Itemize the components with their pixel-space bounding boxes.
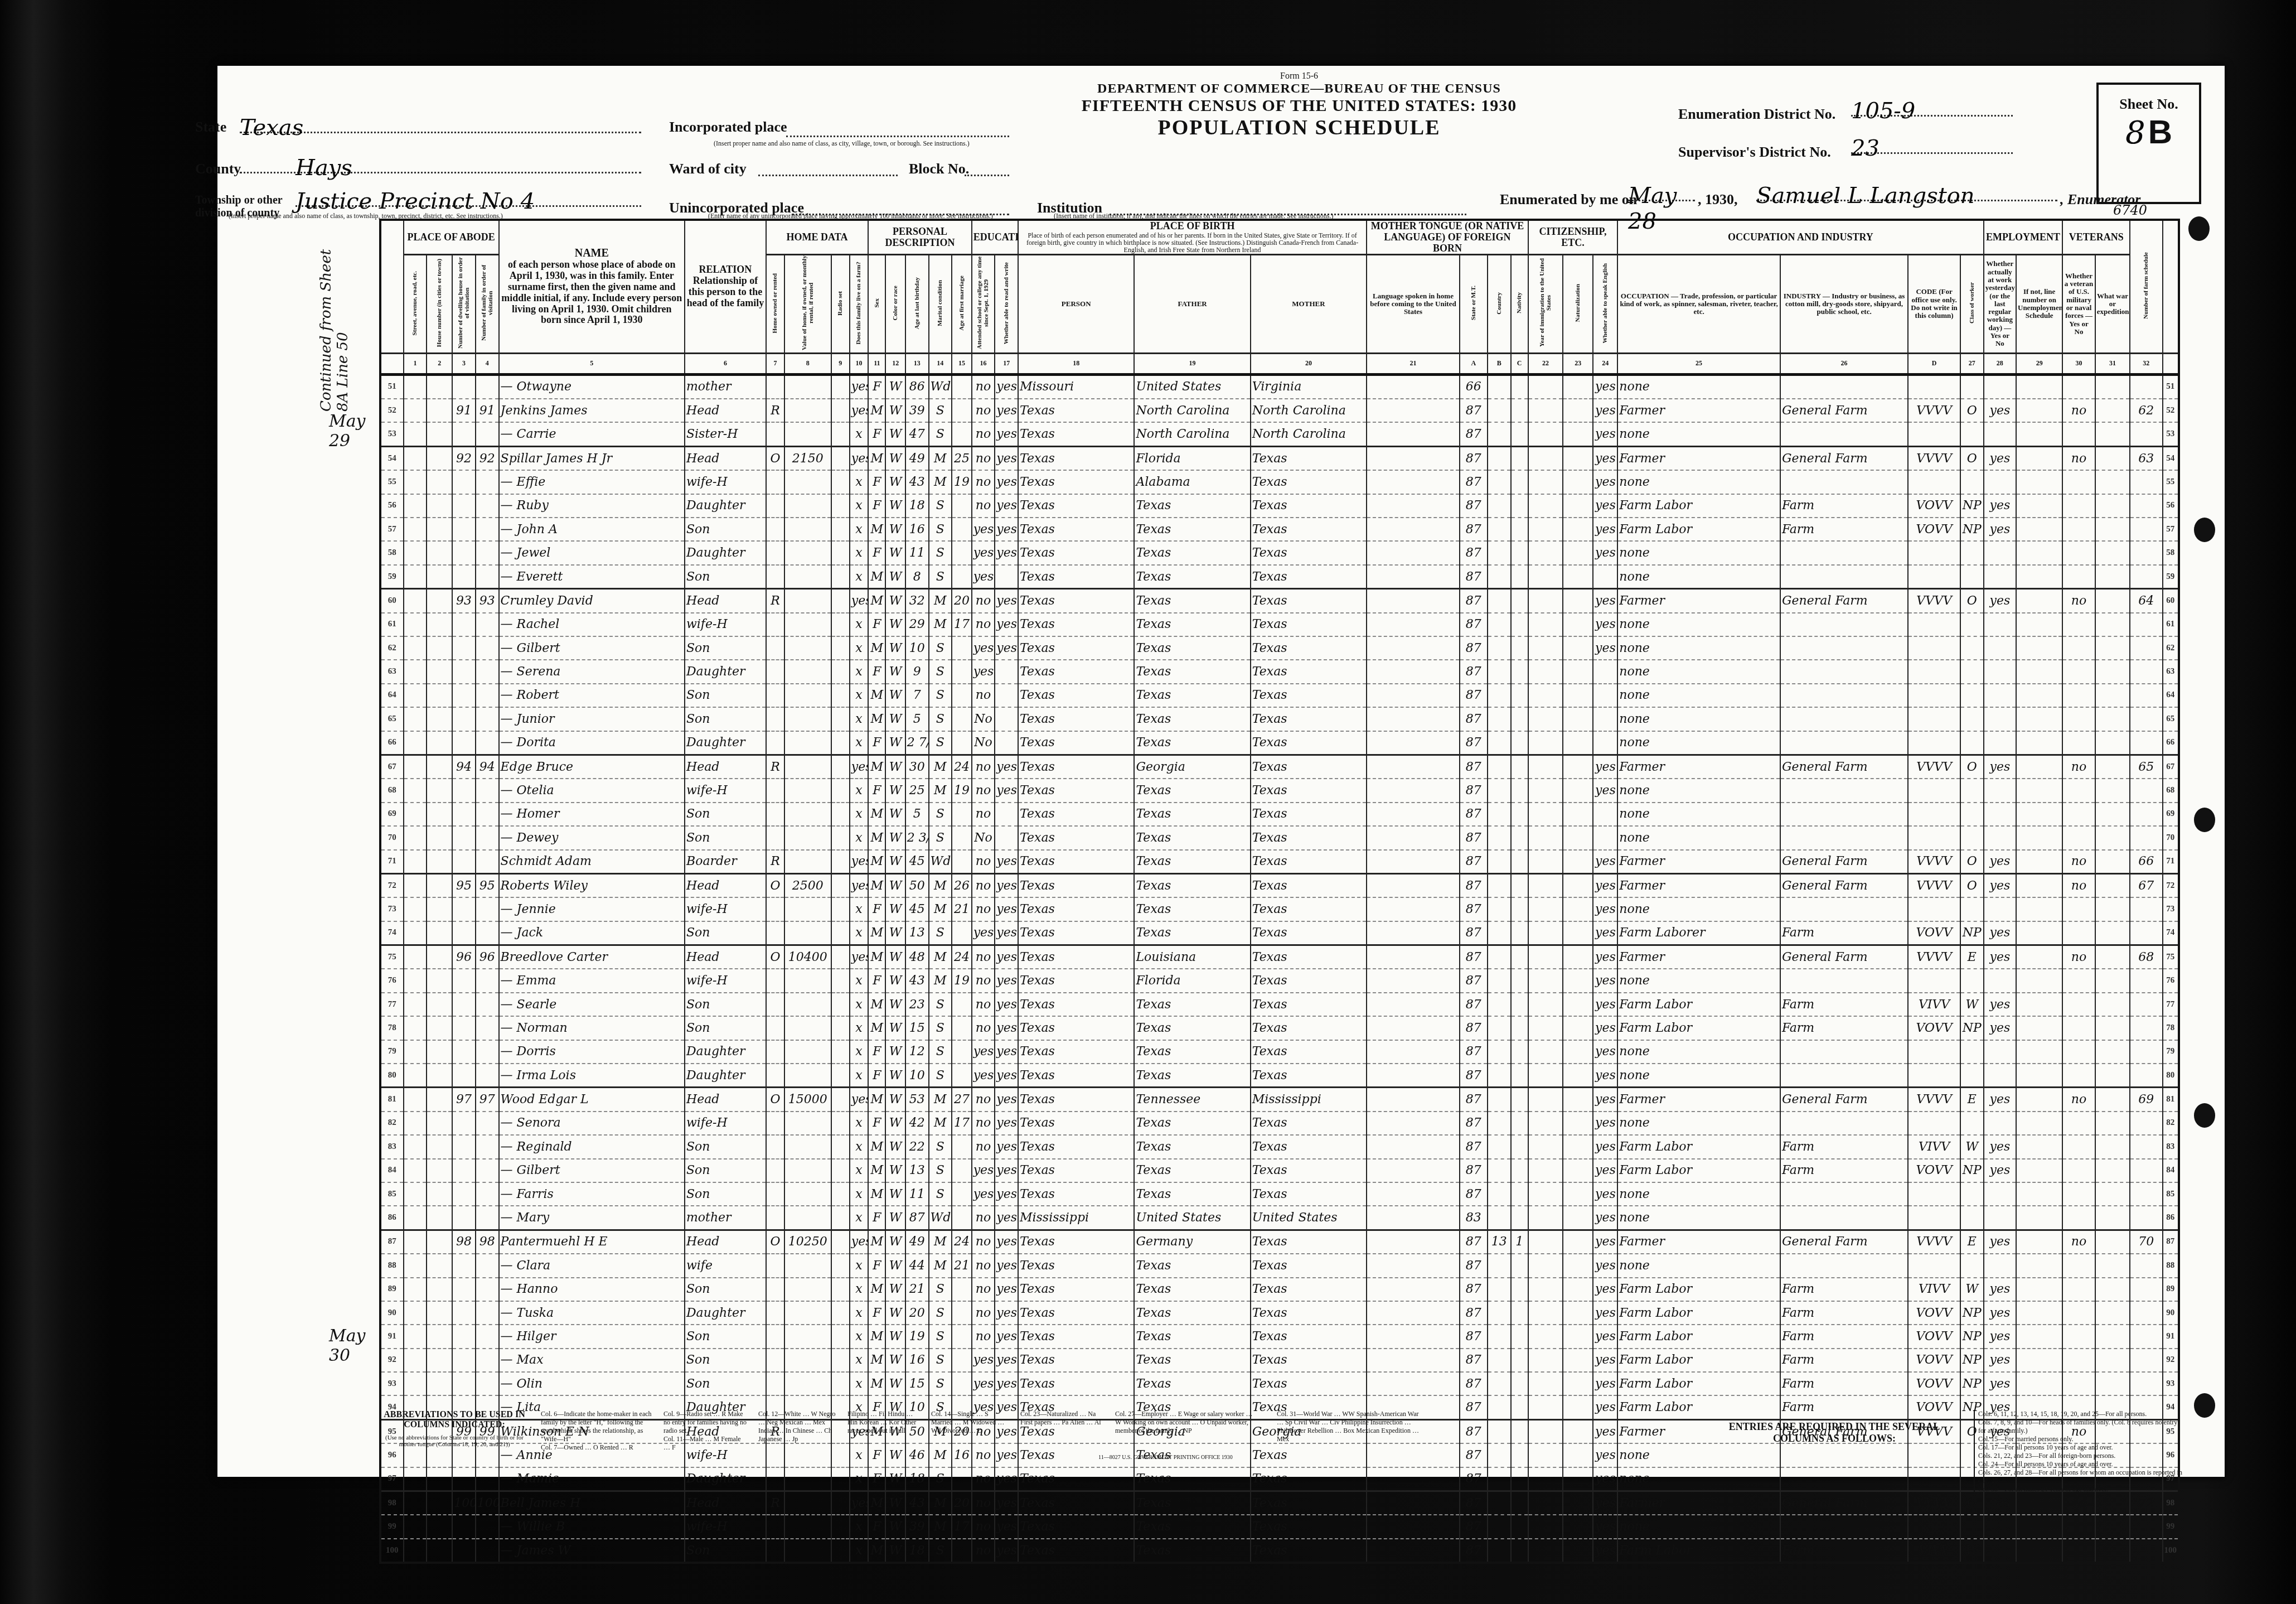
cell-unemp-line [2016, 731, 2062, 755]
farm-schedule-header-text: Number of farm schedule [2143, 252, 2149, 319]
cell-owned [766, 518, 784, 541]
cell-read: yes [995, 850, 1018, 874]
table-row: 100— James WSonxMW18SnoyesTexasTexasTexa… [380, 1539, 2179, 1563]
cell-line: 91 [2163, 1325, 2179, 1348]
table-row: 89— HannoSonxMW21SnoyesTexasTexasTexas87… [380, 1278, 2179, 1301]
cell-age-marriage: 20 [952, 589, 971, 613]
table-row: 82— Senorawife-HxFW42M17noyesTexasTexasT… [380, 1112, 2179, 1135]
cell-family [476, 1515, 499, 1538]
cell-family [476, 1064, 499, 1088]
cell-relation: Son [685, 1349, 766, 1372]
cell-house [427, 374, 452, 399]
cell-owned [766, 1135, 784, 1158]
cell-name: — Robert [499, 684, 685, 707]
cell-code-b [1488, 636, 1511, 660]
cell-radio [831, 1064, 850, 1088]
cell-school: no [972, 873, 995, 897]
cell-owned: R [766, 850, 784, 874]
cell-code-a: 87 [1460, 1159, 1488, 1182]
req-7: Cols. 26, 27, and 28—For all persons for… [1978, 1468, 2184, 1485]
cell-father: Texas [1134, 1467, 1250, 1491]
cell-farm: x [850, 1372, 868, 1395]
cell-street [404, 1112, 427, 1135]
cell-radio [831, 470, 850, 494]
cell-owned [766, 993, 784, 1016]
cell-value [784, 1467, 831, 1491]
cell-radio [831, 755, 850, 779]
cell-age-marriage [952, 565, 971, 589]
table-row: 819797Wood Edgar LHeadO15000yesMW53M27no… [380, 1088, 2179, 1112]
table-row: 76— Emmawife-HxFW43M19noyesTexasFloridaT… [380, 969, 2179, 992]
cell-birth: Texas [1018, 1325, 1134, 1348]
table-row: 529191Jenkins JamesHeadRyesMW39SnoyesTex… [380, 399, 2179, 422]
cell-marital: S [929, 1159, 952, 1182]
cell-marital: M [929, 755, 952, 779]
cell-farm-sched [2130, 707, 2162, 731]
cell-class: E [1960, 945, 1984, 969]
cell-war [2095, 921, 2130, 945]
cell-occupation: Farm Labor [1617, 494, 1780, 518]
cell-line: 73 [380, 897, 404, 921]
cell-owned [766, 1016, 784, 1040]
cell-language [1367, 399, 1460, 422]
cell-family [476, 374, 499, 399]
cell-family [476, 1278, 499, 1301]
cell-farm-sched [2130, 826, 2162, 849]
cell-code-c [1511, 1112, 1528, 1135]
col-street: Street, avenue, road, etc. [404, 255, 427, 353]
cell-code-a: 87 [1460, 1467, 1488, 1491]
cell-age: 15 [905, 1372, 929, 1395]
cell-unemp-line [2016, 1040, 2062, 1064]
cell-owned: R [766, 399, 784, 422]
cell-house [427, 1112, 452, 1135]
cell-age: 45 [905, 850, 929, 874]
cell-dwelling: 100 [452, 1491, 476, 1515]
cell-war [2095, 897, 2130, 921]
cell-dwelling [452, 731, 476, 755]
ward-field [758, 158, 898, 176]
cell-birth: Texas [1018, 731, 1134, 755]
enumerated-date-field: May 28 [1628, 183, 1695, 201]
cell-marital: S [929, 518, 952, 541]
cell-birth: Texas [1018, 636, 1134, 660]
cell-code-c [1511, 1135, 1528, 1158]
cell-industry: Farm [1780, 1135, 1908, 1158]
cell-naturalization [1563, 589, 1593, 613]
cell-code-c [1511, 541, 1528, 564]
cell-farm: yes [850, 374, 868, 399]
cell-family: 96 [476, 945, 499, 969]
group-citizenship: CITIZENSHIP, ETC. [1528, 220, 1617, 255]
cell-farm-sched [2130, 1135, 2162, 1158]
cell-mother: Texas [1251, 1515, 1367, 1538]
cell-industry: General Farm [1780, 1088, 1908, 1112]
cell-age-marriage: 17 [952, 613, 971, 636]
cell-language [1367, 374, 1460, 399]
cell-code-a: 87 [1460, 755, 1488, 779]
col-family: Number of family in order of visitation [476, 255, 499, 353]
cell-immigration [1528, 803, 1563, 826]
cell-marital: S [929, 826, 952, 849]
cell-farm: x [850, 565, 868, 589]
table-row: 63— SerenaDaughterxFW9SyesTexasTexasTexa… [380, 660, 2179, 683]
cell-name: — Clara [499, 1254, 685, 1277]
cell-immigration [1528, 589, 1563, 613]
cell-race: W [885, 660, 905, 683]
cell-value [784, 374, 831, 399]
cell-farm: yes [850, 755, 868, 779]
cell-relation: wife-H [685, 1112, 766, 1135]
cell-sex: F [868, 494, 885, 518]
cell-dwelling [452, 470, 476, 494]
cell-class [1960, 613, 1984, 636]
farm-schedule-header: Number of farm schedule [2130, 220, 2162, 353]
cell-house [427, 1088, 452, 1112]
cell-age-marriage: 21 [952, 1254, 971, 1277]
cell-mother: Texas [1251, 470, 1367, 494]
cell-value [784, 1372, 831, 1395]
cell-war [2095, 1040, 2130, 1064]
cell-war [2095, 707, 2130, 731]
cell-at-work: yes [1984, 1491, 2016, 1515]
cell-school: no [972, 422, 995, 446]
name-header-title: NAME [501, 247, 683, 259]
cell-veteran [2062, 636, 2095, 660]
county-value: Hays [296, 155, 352, 181]
col-farm-text: Does this family live on a farm? [855, 262, 862, 344]
cell-line: 90 [2163, 1301, 2179, 1325]
cell-naturalization [1563, 613, 1593, 636]
cell-english [1593, 707, 1617, 731]
col-school-text: Attended school or college any time sinc… [976, 255, 990, 350]
cell-occ-code: VOVV [1908, 518, 1960, 541]
cell-class [1960, 374, 1984, 399]
cell-street [404, 1278, 427, 1301]
cell-class: O [1960, 755, 1984, 779]
cell-age-marriage [952, 541, 971, 564]
cell-name: — Serena [499, 660, 685, 683]
cell-age: 25 [905, 779, 929, 802]
cell-at-work [1984, 541, 2016, 564]
cell-relation: Son [685, 1016, 766, 1040]
cell-owned [766, 422, 784, 446]
cell-war [2095, 1064, 2130, 1088]
cell-radio [831, 1515, 850, 1538]
cell-industry: General Farm [1780, 589, 1908, 613]
cell-name: Crumley David [499, 589, 685, 613]
cell-class: NP [1960, 1325, 1984, 1348]
column-number: 14 [929, 353, 952, 374]
cell-mother: Texas [1251, 1278, 1367, 1301]
cell-language [1367, 636, 1460, 660]
cell-street [404, 422, 427, 446]
cell-dwelling [452, 684, 476, 707]
cell-code-b: 13 [1488, 1230, 1511, 1254]
name-header-note: of each person whose place of abode on A… [501, 259, 683, 326]
cell-unemp-line [2016, 1325, 2062, 1348]
cell-dwelling [452, 660, 476, 683]
cell-naturalization [1563, 1206, 1593, 1230]
township-value: Justice Precinct No 4 [296, 189, 535, 214]
cell-farm: x [850, 921, 868, 945]
cell-family [476, 518, 499, 541]
cell-age: 42 [905, 1112, 929, 1135]
cell-code-b [1488, 589, 1511, 613]
cell-marital: M [929, 945, 952, 969]
cell-code-c [1511, 470, 1528, 494]
cell-occupation: Farm Labor [1617, 1016, 1780, 1040]
cell-occupation: Farm Labor [1617, 1159, 1780, 1182]
cell-line: 100 [2163, 1539, 2179, 1563]
cell-language [1367, 969, 1460, 992]
cell-family [476, 1349, 499, 1372]
cell-industry [1780, 1040, 1908, 1064]
cell-naturalization [1563, 1254, 1593, 1277]
cell-house [427, 731, 452, 755]
cell-class: O [1960, 399, 1984, 422]
cell-class [1960, 541, 1984, 564]
cell-sex: M [868, 1016, 885, 1040]
cell-age: 29 [905, 613, 929, 636]
cell-occupation: none [1617, 1206, 1780, 1230]
cell-war [2095, 1135, 2130, 1158]
cell-school: no [972, 850, 995, 874]
cell-house [427, 1135, 452, 1158]
table-row: 84— GilbertSonxMW13SyesyesTexasTexasTexa… [380, 1159, 2179, 1182]
cell-street [404, 613, 427, 636]
cell-read: yes [995, 636, 1018, 660]
cell-marital: S [929, 1301, 952, 1325]
cell-name: — Senora [499, 1112, 685, 1135]
cell-english [1593, 826, 1617, 849]
cell-dwelling [452, 897, 476, 921]
cell-marital: S [929, 1539, 952, 1563]
cell-school: no [972, 1278, 995, 1301]
cell-industry: Farm [1780, 1159, 1908, 1182]
cell-radio [831, 731, 850, 755]
cell-occupation: Farm Labor [1617, 1372, 1780, 1395]
cell-english [1593, 803, 1617, 826]
ward-label: Ward of city [669, 161, 747, 177]
cell-sex: M [868, 945, 885, 969]
cell-immigration [1528, 399, 1563, 422]
cell-birth: Texas [1018, 1372, 1134, 1395]
cell-marital: S [929, 1278, 952, 1301]
cell-birth: Texas [1018, 1040, 1134, 1064]
cell-radio [831, 636, 850, 660]
cell-family [476, 1254, 499, 1277]
cell-code-b [1488, 518, 1511, 541]
cell-dwelling [452, 518, 476, 541]
cell-value [784, 969, 831, 992]
cell-naturalization [1563, 945, 1593, 969]
cell-at-work: yes [1984, 1372, 2016, 1395]
cell-war [2095, 399, 2130, 422]
cell-race: W [885, 636, 905, 660]
cell-birth: Texas [1018, 518, 1134, 541]
column-number: 13 [905, 353, 929, 374]
cell-naturalization [1563, 1064, 1593, 1088]
cell-radio [831, 826, 850, 849]
cell-family [476, 1372, 499, 1395]
cell-house [427, 707, 452, 731]
cell-street [404, 589, 427, 613]
cell-war [2095, 755, 2130, 779]
cell-code-b [1488, 374, 1511, 399]
cell-age: 39 [905, 1515, 929, 1538]
cell-farm-sched: 67 [2130, 873, 2162, 897]
cell-line: 51 [380, 374, 404, 399]
cell-family: 97 [476, 1088, 499, 1112]
cell-unemp-line [2016, 1230, 2062, 1254]
cell-naturalization [1563, 1112, 1593, 1135]
cell-line: 81 [2163, 1088, 2179, 1112]
cell-owned: O [766, 1088, 784, 1112]
cell-language [1367, 945, 1460, 969]
cell-code-a: 87 [1460, 873, 1488, 897]
cell-class [1960, 1515, 1984, 1538]
cell-farm: x [850, 660, 868, 683]
cell-family [476, 613, 499, 636]
cell-unemp-line [2016, 1539, 2062, 1563]
cell-sex: M [868, 1230, 885, 1254]
form-title-block: Form 15-6 DEPARTMENT OF COMMERCE—BUREAU … [1048, 71, 1550, 140]
column-number: B [1488, 353, 1511, 374]
cell-war [2095, 731, 2130, 755]
cell-father: Texas [1134, 850, 1250, 874]
cell-farm-sched [2130, 1372, 2162, 1395]
cell-code-c [1511, 993, 1528, 1016]
cell-age: 10 [905, 636, 929, 660]
cell-immigration [1528, 446, 1563, 470]
cell-unemp-line [2016, 945, 2062, 969]
cell-farm-sched: 66 [2130, 850, 2162, 874]
cell-read: yes [995, 1372, 1018, 1395]
cell-school: no [972, 803, 995, 826]
cell-owned [766, 1206, 784, 1230]
cell-relation: Son [685, 684, 766, 707]
cell-code-a: 87 [1460, 684, 1488, 707]
cell-unemp-line [2016, 873, 2062, 897]
cell-house [427, 1491, 452, 1515]
cell-naturalization [1563, 1539, 1593, 1563]
cell-house [427, 850, 452, 874]
cell-war [2095, 565, 2130, 589]
cell-war [2095, 636, 2130, 660]
cell-name: — John A [499, 518, 685, 541]
cell-school: yes [972, 1040, 995, 1064]
cell-race: W [885, 1206, 905, 1230]
cell-veteran: no [2062, 873, 2095, 897]
cell-age-marriage [952, 1016, 971, 1040]
cell-marital: S [929, 422, 952, 446]
cell-age-marriage [952, 494, 971, 518]
cell-mother: Texas [1251, 1182, 1367, 1206]
cell-veteran: no [2062, 589, 2095, 613]
cell-mother: Texas [1251, 660, 1367, 683]
cell-family: 94 [476, 755, 499, 779]
cell-farm: x [850, 636, 868, 660]
cell-code-b [1488, 446, 1511, 470]
cell-relation: Son [685, 1159, 766, 1182]
cell-at-work: yes [1984, 1325, 2016, 1348]
col-farm: Does this family live on a farm? [850, 255, 868, 353]
cell-race: W [885, 565, 905, 589]
cell-street [404, 1135, 427, 1158]
cell-age-marriage: 25 [952, 446, 971, 470]
cell-mother: Texas [1251, 731, 1367, 755]
cell-street [404, 1016, 427, 1040]
cell-line: 89 [380, 1278, 404, 1301]
cell-occupation: none [1617, 826, 1780, 849]
cell-sex: M [868, 707, 885, 731]
cell-immigration [1528, 826, 1563, 849]
cell-relation: wife-H [685, 1515, 766, 1538]
cell-father: Texas [1134, 541, 1250, 564]
cell-class [1960, 660, 1984, 683]
cell-code-b [1488, 1016, 1511, 1040]
cell-industry [1780, 1206, 1908, 1230]
cell-naturalization [1563, 1040, 1593, 1064]
cell-farm-sched [2130, 803, 2162, 826]
cell-language [1367, 1016, 1460, 1040]
cell-father: Tennessee [1134, 1088, 1250, 1112]
may29-note: May 29 [329, 412, 379, 451]
cell-language [1367, 446, 1460, 470]
cell-naturalization [1563, 636, 1593, 660]
cell-code-a: 87 [1460, 1325, 1488, 1348]
relation-header: RELATIONRelationship of this person to t… [685, 220, 766, 353]
cell-occupation: none [1617, 731, 1780, 755]
table-row: 609393Crumley DavidHeadRyesMW32M20noyesT… [380, 589, 2179, 613]
cell-sex: F [868, 1254, 885, 1277]
cell-occ-code: VOVV [1908, 1301, 1960, 1325]
cell-street [404, 803, 427, 826]
cell-veteran [2062, 1112, 2095, 1135]
cell-radio [831, 850, 850, 874]
cell-occ-code [1908, 779, 1960, 802]
cell-naturalization [1563, 897, 1593, 921]
cell-line: 70 [380, 826, 404, 849]
cell-occupation: none [1617, 779, 1780, 802]
cell-occ-code [1908, 897, 1960, 921]
abbr-col11-text: Col. 11—Male … M Female … F [663, 1435, 747, 1452]
cell-street [404, 1349, 427, 1372]
cell-class: O [1960, 873, 1984, 897]
cell-line: 57 [2163, 518, 2179, 541]
cell-line: 85 [380, 1182, 404, 1206]
cell-occupation: none [1617, 1112, 1780, 1135]
cell-occ-code: VVVV [1908, 1230, 1960, 1254]
cell-marital: Wd [929, 1206, 952, 1230]
cell-code-c [1511, 1206, 1528, 1230]
cell-line: 70 [2163, 826, 2179, 849]
cell-race: W [885, 755, 905, 779]
cell-veteran: no [2062, 1230, 2095, 1254]
cell-mother: North Carolina [1251, 422, 1367, 446]
cell-age: 18 [905, 1539, 929, 1563]
cell-occupation: none [1617, 636, 1780, 660]
cell-radio [831, 1112, 850, 1135]
column-number: 11 [868, 353, 885, 374]
cell-street [404, 1088, 427, 1112]
cell-unemp-line [2016, 826, 2062, 849]
cell-at-work [1984, 613, 2016, 636]
cell-farm: x [850, 1515, 868, 1538]
cell-farm-sched [2130, 470, 2162, 494]
cell-house [427, 589, 452, 613]
